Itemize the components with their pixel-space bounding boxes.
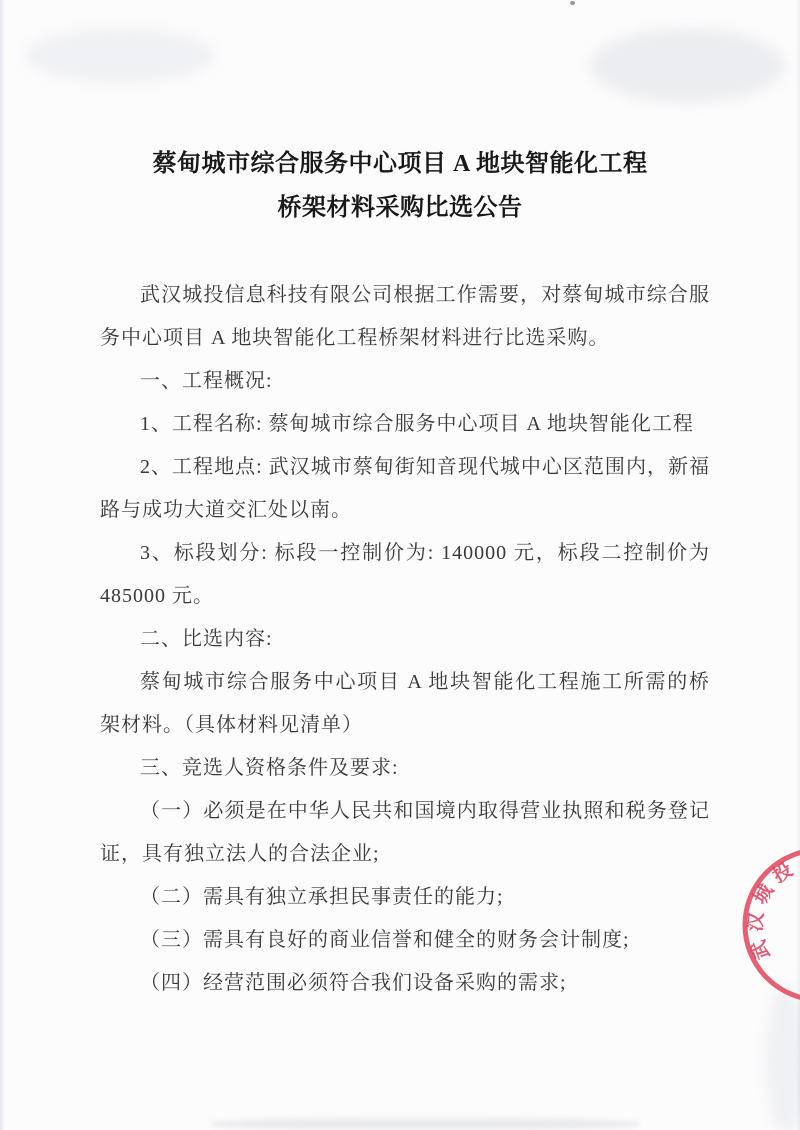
scan-noise	[766, 985, 800, 1130]
paragraph-project-location: 2、工程地点: 武汉城市蔡甸街知音现代城中心区范围内，新福路与成功大道交汇处以南…	[100, 446, 710, 532]
document-title: 蔡甸城市综合服务中心项目 A 地块智能化工程 桥架材料采购比选公告	[70, 142, 730, 230]
paragraph-bid-sections: 3、标段划分: 标段一控制价为: 140000 元，标段二控制价为 485000…	[100, 532, 710, 618]
scan-noise	[25, 28, 215, 83]
scan-noise	[210, 1118, 640, 1130]
scan-noise	[570, 1, 575, 5]
paragraph-requirement-3: （三）需具有良好的商业信誉和健全的财务会计制度;	[100, 919, 710, 962]
paragraph-intro: 武汉城投信息科技有限公司根据工作需要，对蔡甸城市综合服务中心项目 A 地块智能化…	[100, 274, 710, 360]
document-body: 武汉城投信息科技有限公司根据工作需要，对蔡甸城市综合服务中心项目 A 地块智能化…	[100, 274, 710, 1005]
title-line-1: 蔡甸城市综合服务中心项目 A 地块智能化工程	[70, 142, 730, 186]
seal-text: 武汉城投信息科技有限公司	[744, 848, 800, 1001]
paragraph-requirement-1: （一）必须是在中华人民共和国境内取得营业执照和税务登记证，具有独立法人的合法企业…	[100, 790, 710, 876]
paragraph-content: 蔡甸城市综合服务中心项目 A 地块智能化工程施工所需的桥架材料。（具体材料见清单…	[100, 661, 710, 747]
seal-ring	[745, 850, 800, 1000]
document-page: 蔡甸城市综合服务中心项目 A 地块智能化工程 桥架材料采购比选公告 武汉城投信息…	[0, 0, 800, 1130]
title-line-2: 桥架材料采购比选公告	[70, 186, 730, 230]
scan-edge-right	[796, 0, 800, 1130]
paragraph-section-1: 一、工程概况:	[100, 360, 710, 403]
paragraph-section-2: 二、比选内容:	[100, 618, 710, 661]
scan-edge-left	[0, 0, 5, 1130]
seal-company-name: 武汉城投信息科技有限公司	[744, 848, 800, 1001]
paragraph-requirement-2: （二）需具有独立承担民事责任的能力;	[100, 876, 710, 919]
paragraph-project-name: 1、工程名称: 蔡甸城市综合服务中心项目 A 地块智能化工程	[100, 403, 710, 446]
scan-noise	[590, 28, 785, 103]
paragraph-requirement-4: （四）经营范围必须符合我们设备采购的需求;	[100, 962, 710, 1005]
paragraph-section-3: 三、竞选人资格条件及要求:	[100, 747, 710, 790]
